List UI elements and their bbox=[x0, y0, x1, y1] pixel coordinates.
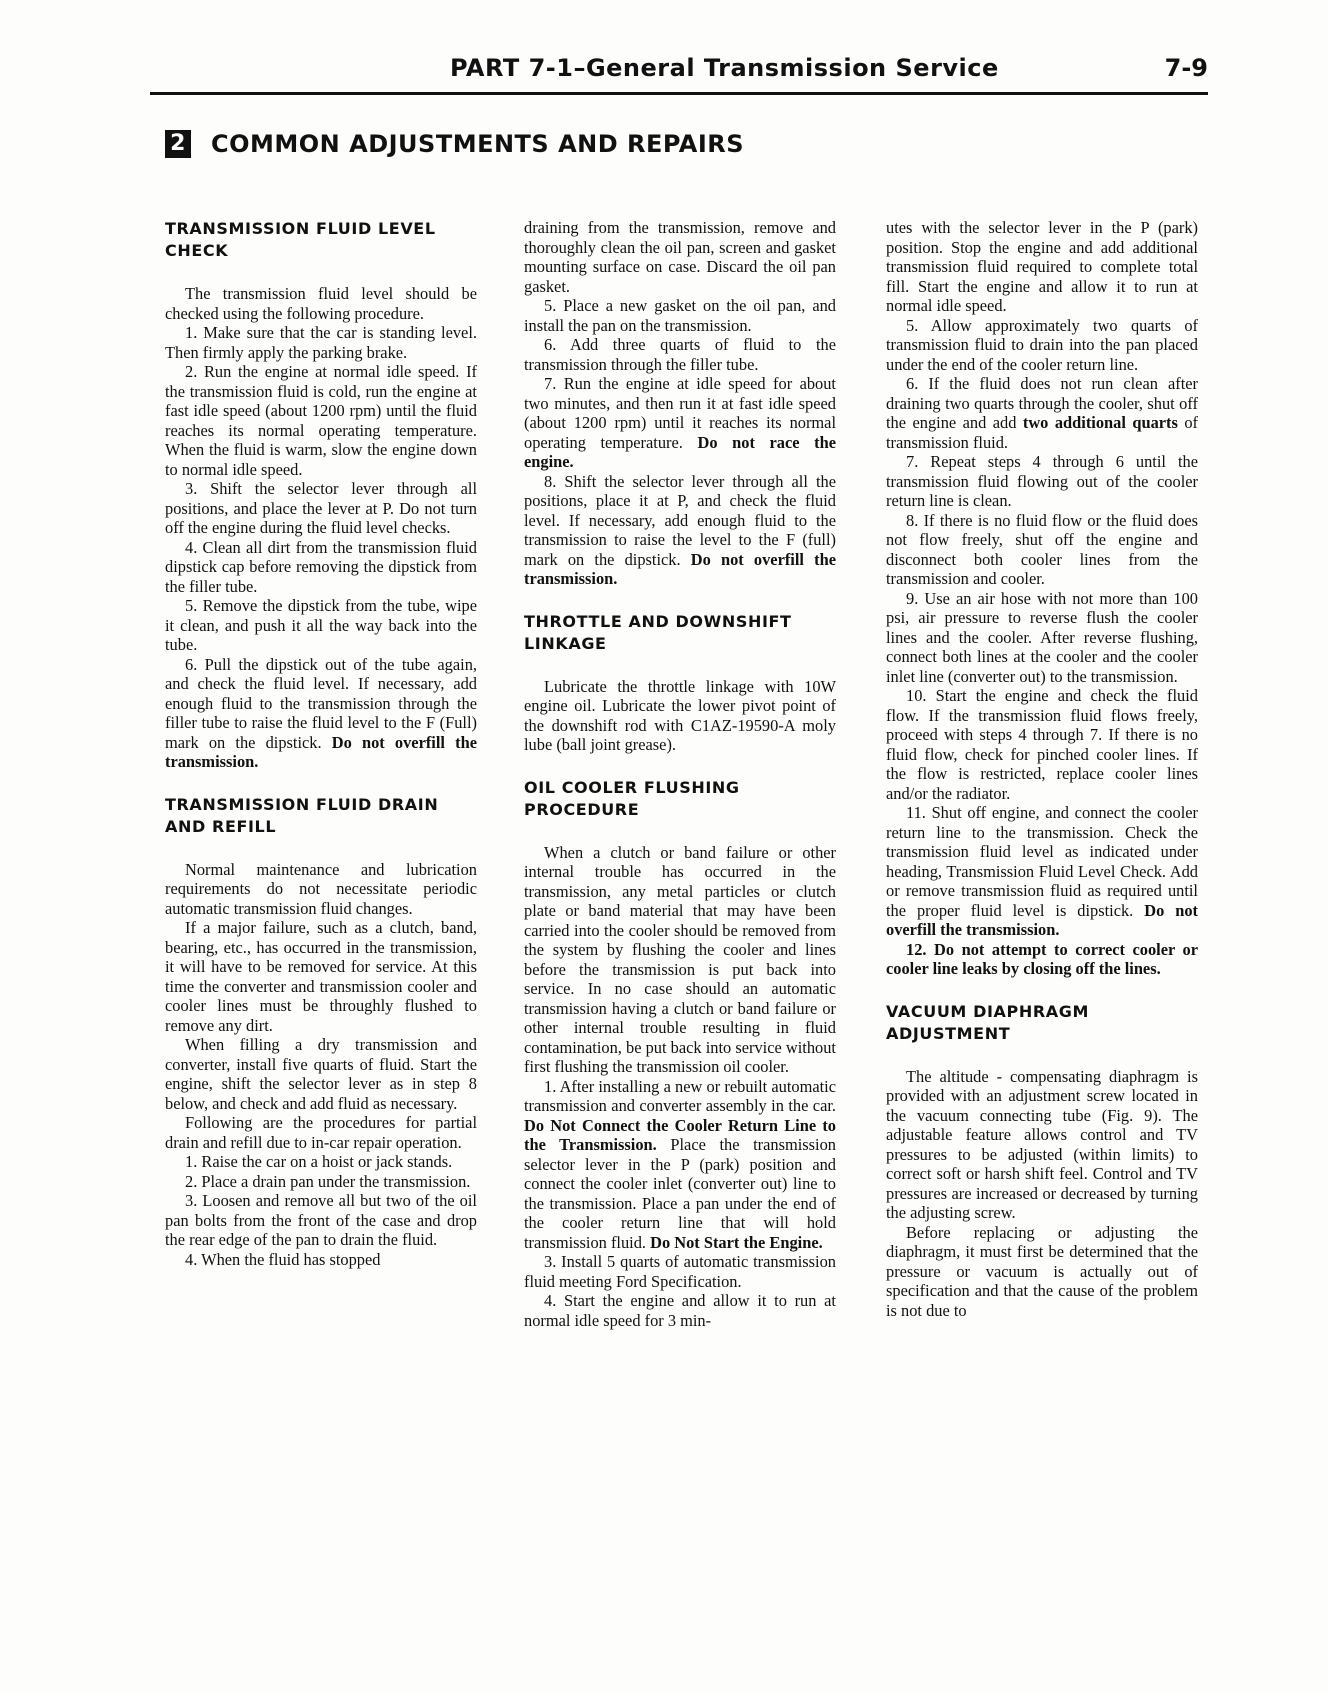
column-2: draining from the transmission, remove a… bbox=[524, 218, 836, 1330]
step: 6. Add three quarts of fluid to the tran… bbox=[524, 335, 836, 374]
section-heading: 2 COMMON ADJUSTMENTS AND REPAIRS bbox=[165, 130, 744, 158]
step: 5. Allow approximately two quarts of tra… bbox=[886, 316, 1198, 375]
running-header-title: PART 7-1–General Transmission Service bbox=[450, 54, 999, 82]
step: 2. Place a drain pan under the transmiss… bbox=[165, 1172, 477, 1192]
step: 7. Repeat steps 4 through 6 until the tr… bbox=[886, 452, 1198, 511]
paragraph: Lubricate the throttle linkage with 10W … bbox=[524, 677, 836, 755]
step: 10. Start the engine and check the fluid… bbox=[886, 686, 1198, 803]
step: 4. Clean all dirt from the transmission … bbox=[165, 538, 477, 597]
subheading-vacuum-diaphragm: VACUUM DIAPHRAGM ADJUSTMENT bbox=[886, 1001, 1198, 1045]
page-number: 7-9 bbox=[1165, 54, 1208, 82]
paragraph: When a clutch or band failure or other i… bbox=[524, 843, 836, 1077]
step: 1. After installing a new or rebuilt aut… bbox=[524, 1077, 836, 1253]
subheading-oil-cooler-flushing: OIL COOLER FLUSHING PROCEDURE bbox=[524, 777, 836, 821]
step: 7. Run the engine at idle speed for abou… bbox=[524, 374, 836, 472]
step: 9. Use an air hose with not more than 10… bbox=[886, 589, 1198, 687]
step-text: 1. After installing a new or rebuilt aut… bbox=[524, 1077, 836, 1116]
step: 4. Start the engine and allow it to run … bbox=[524, 1291, 836, 1330]
paragraph: Before replacing or adjusting the diaphr… bbox=[886, 1223, 1198, 1321]
section-title: COMMON ADJUSTMENTS AND REPAIRS bbox=[211, 130, 744, 158]
step: 6. If the fluid does not run clean after… bbox=[886, 374, 1198, 452]
paragraph: If a major failure, such as a clutch, ba… bbox=[165, 918, 477, 1035]
subheading-fluid-level-check: TRANSMISSION FLUID LEVEL CHECK bbox=[165, 218, 477, 262]
emphasis-text: two additional quarts bbox=[1023, 413, 1178, 432]
step: 1. Raise the car on a hoist or jack stan… bbox=[165, 1152, 477, 1172]
step: 1. Make sure that the car is standing le… bbox=[165, 323, 477, 362]
step: 8. Shift the selector lever through all … bbox=[524, 472, 836, 589]
column-1: TRANSMISSION FLUID LEVEL CHECK The trans… bbox=[165, 218, 477, 1269]
step-warning: 12. Do not attempt to correct cooler or … bbox=[886, 940, 1198, 979]
warning-text: Do Not Start the Engine. bbox=[650, 1233, 823, 1252]
paragraph: When filling a dry transmission and conv… bbox=[165, 1035, 477, 1113]
running-header: PART 7-1–General Transmission Service 7-… bbox=[150, 50, 1208, 90]
paragraph: Following are the procedures for partial… bbox=[165, 1113, 477, 1152]
step: 3. Shift the selector lever through all … bbox=[165, 479, 477, 538]
subheading-drain-and-refill: TRANSMISSION FLUID DRAIN AND REFILL bbox=[165, 794, 477, 838]
paragraph: The altitude - compensating diaphragm is… bbox=[886, 1067, 1198, 1223]
step: 3. Loosen and remove all but two of the … bbox=[165, 1191, 477, 1250]
step: 4. When the fluid has stopped bbox=[165, 1250, 477, 1270]
section-number-badge: 2 bbox=[165, 130, 191, 158]
header-rule bbox=[150, 92, 1208, 95]
paragraph-continued: utes with the selector lever in the P (p… bbox=[886, 218, 1198, 316]
subheading-throttle-linkage: THROTTLE AND DOWNSHIFT LINKAGE bbox=[524, 611, 836, 655]
paragraph: The transmission fluid level should be c… bbox=[165, 284, 477, 323]
column-3: utes with the selector lever in the P (p… bbox=[886, 218, 1198, 1320]
step: 8. If there is no fluid flow or the flui… bbox=[886, 511, 1198, 589]
step: 5. Place a new gasket on the oil pan, an… bbox=[524, 296, 836, 335]
step: 3. Install 5 quarts of automatic transmi… bbox=[524, 1252, 836, 1291]
step: 5. Remove the dipstick from the tube, wi… bbox=[165, 596, 477, 655]
step: 2. Run the engine at normal idle speed. … bbox=[165, 362, 477, 479]
paragraph: Normal maintenance and lubrication requi… bbox=[165, 860, 477, 919]
paragraph-continued: draining from the transmission, remove a… bbox=[524, 218, 836, 296]
step: 11. Shut off engine, and connect the coo… bbox=[886, 803, 1198, 940]
manual-page: PART 7-1–General Transmission Service 7-… bbox=[0, 0, 1328, 1693]
step: 6. Pull the dipstick out of the tube aga… bbox=[165, 655, 477, 772]
